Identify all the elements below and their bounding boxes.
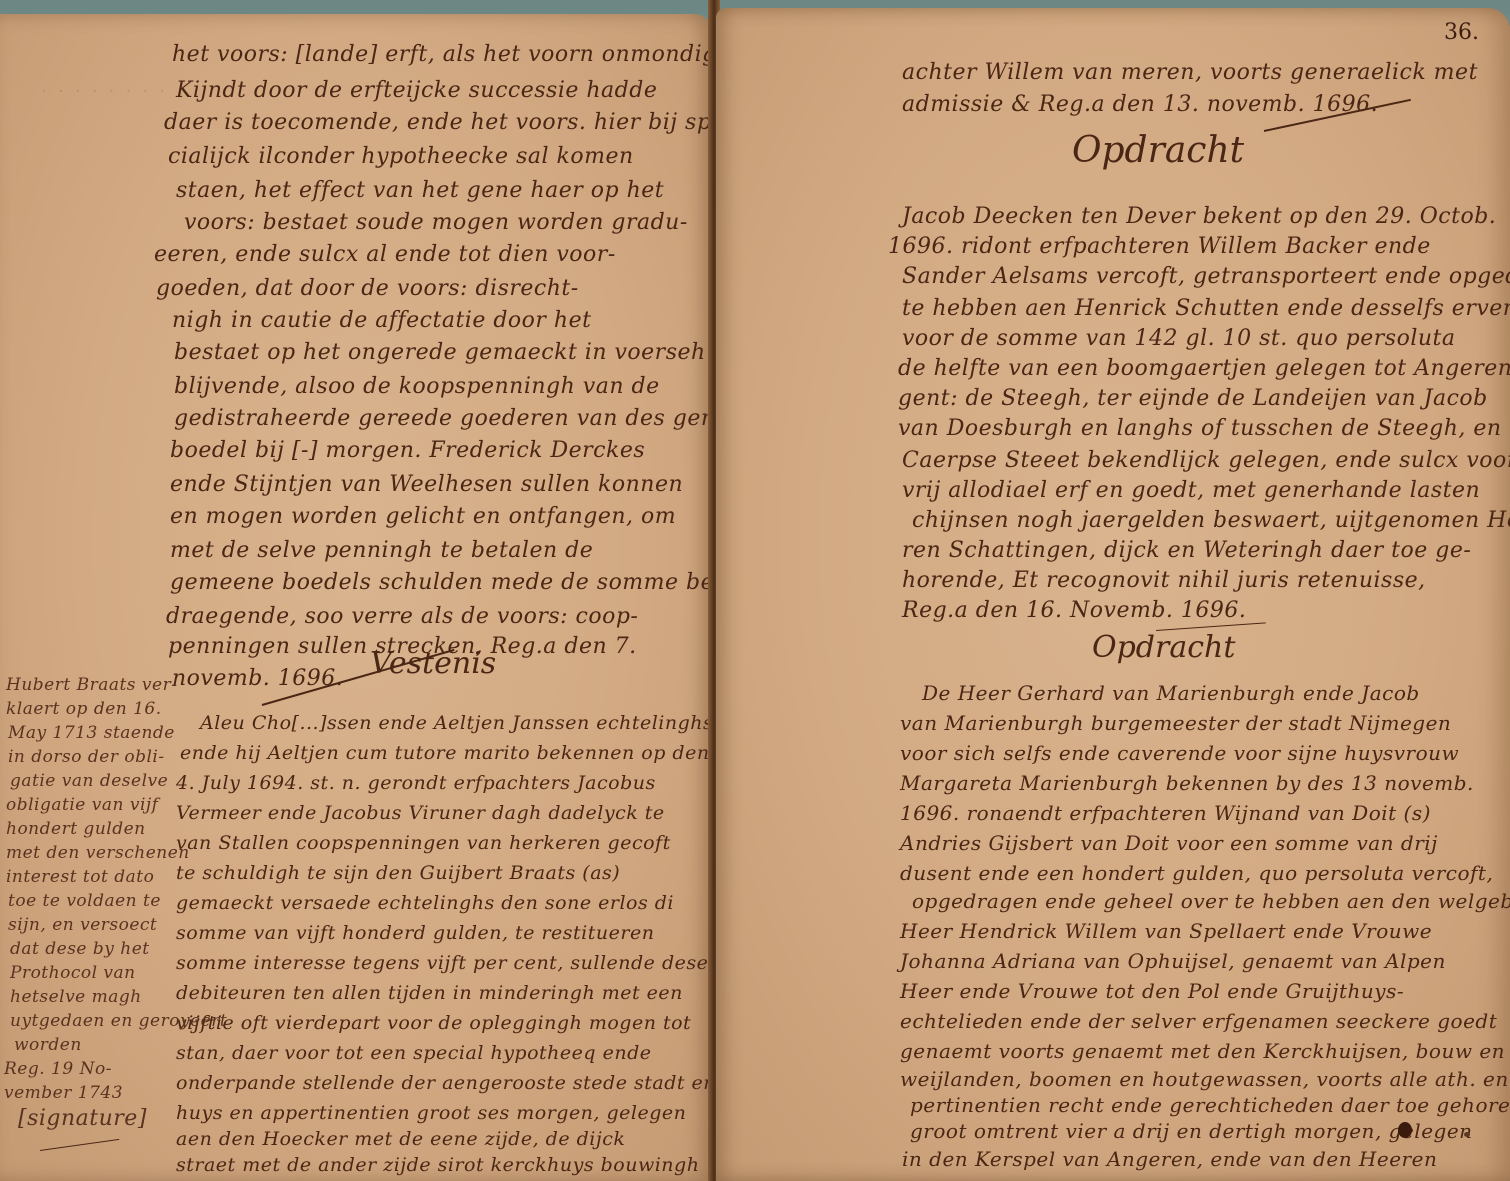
margin-note-line: gatie van deselve <box>10 770 168 792</box>
margin-note-line: in dorso der obli- <box>8 746 165 768</box>
text-line-date: Reg.a den 16. Novemb. 1696. <box>902 598 1246 624</box>
margin-note-line: hondert gulden <box>6 818 146 840</box>
margin-note-line: hetselve magh <box>10 986 142 1008</box>
text-line: straet met de ander zijde sirot kerckhuy… <box>176 1152 699 1178</box>
text-line: admissie & Reg.a den 13. novemb. 1696. <box>902 92 1378 118</box>
text-line: aen den Hoecker met de eene zijde, de di… <box>176 1126 625 1152</box>
left-page: · · · · · · · · het voors: [lande] erft,… <box>0 14 712 1181</box>
text-line: Heer Hendrick Willem van Spellaert ende … <box>900 918 1432 944</box>
text-line: met de selve penningh te betalen de <box>170 538 593 564</box>
text-line: gemaeckt versaede echtelinghs den sone e… <box>176 890 674 916</box>
text-line: van Marienburgh burgemeester der stadt N… <box>900 710 1451 736</box>
text-line: vrij allodiael erf en goedt, met generha… <box>902 478 1480 504</box>
text-line: ende Stijntjen van Weelhesen sullen konn… <box>170 472 683 498</box>
text-line: van Stallen coopspenningen van herkeren … <box>176 830 671 856</box>
text-line: nigh in cautie de affectatie door het <box>172 308 591 334</box>
text-line: 1696. ronaendt erfpachteren Wijnand van … <box>900 800 1431 826</box>
margin-note-line: dat dese by het <box>10 938 150 960</box>
text-line: voors: bestaet soude mogen worden gradu- <box>184 210 688 236</box>
text-line: te hebben aen Henrick Schutten ende dess… <box>902 296 1510 322</box>
text-line: stan, daer voor tot een special hypothee… <box>176 1040 651 1066</box>
text-line: Heer ende Vrouwe tot den Pol ende Gruijt… <box>900 978 1404 1004</box>
text-line: ende hij Aeltjen cum tutore marito beken… <box>180 740 710 766</box>
page-number: 36. <box>1444 20 1479 45</box>
text-line: huys en appertinentien groot ses morgen,… <box>176 1100 686 1126</box>
text-line: de helfte van een boomgaertjen gelegen t… <box>898 356 1510 382</box>
text-line: Sander Aelsams vercoft, getransporteert … <box>902 264 1510 290</box>
margin-note-line: sijn, en versoect <box>8 914 157 936</box>
text-line: van Doesburgh en langhs of tusschen de S… <box>898 416 1502 442</box>
ink-blot <box>1398 1122 1412 1138</box>
margin-note-line: Reg. 19 No- <box>4 1058 112 1080</box>
text-line: genaemt voorts genaemt met den Kerckhuij… <box>900 1038 1505 1064</box>
text-line: gemeene boedels schulden mede de somme b… <box>170 570 722 596</box>
section-heading-opdracht-1: Opdracht <box>1072 130 1244 171</box>
ink-spot <box>1464 1132 1470 1137</box>
margin-signature: [signature] <box>18 1108 147 1130</box>
margin-note-line: Prothocol van <box>10 962 136 984</box>
text-line: weijlanden, boomen en houtgewassen, voor… <box>900 1066 1509 1092</box>
section-heading-vestenis: Vestenis <box>370 646 496 681</box>
text-line: somme interesse tegens vijft per cent, s… <box>176 950 738 976</box>
text-line: chijnsen nogh jaergelden beswaert, uijtg… <box>912 508 1510 534</box>
section-heading-opdracht-2: Opdracht <box>1092 630 1235 665</box>
margin-note-line: uytgedaen en geroyeert <box>10 1010 227 1032</box>
text-line: horende, Et recognovit nihil juris reten… <box>902 568 1426 594</box>
text-line: Johanna Adriana van Ophuijsel, genaemt v… <box>900 948 1446 974</box>
open-register-book: · · · · · · · · het voors: [lande] erft,… <box>0 0 1510 1181</box>
margin-note-line: vember 1743 <box>4 1082 123 1104</box>
text-line: 1696. ridont erfpachteren Willem Backer … <box>888 234 1431 260</box>
text-line: staen, het effect van het gene haer op h… <box>176 178 664 204</box>
bleed-through-text: · · · · · · · · <box>40 84 166 100</box>
text-line: het voors: [lande] erft, als het voorn o… <box>172 42 717 68</box>
text-line: boedel bij [-] morgen. Frederick Derckes <box>170 438 645 464</box>
text-line: gedistraheerde gereede goederen van des … <box>174 406 763 432</box>
text-line: Vermeer ende Jacobus Viruner dagh dadely… <box>176 800 665 826</box>
text-line: debiteuren ten allen tijden in mindering… <box>176 980 683 1006</box>
text-line: daer is toecomende, ende het voors. hier… <box>164 110 733 136</box>
text-line: vijftie oft vierdepart voor de oplegging… <box>176 1010 691 1036</box>
margin-note-line: obligatie van vijf <box>6 794 158 816</box>
text-line: in den Kerspel van Angeren, ende van den… <box>902 1146 1437 1172</box>
text-line: Kijndt door de erfteijcke successie hadd… <box>176 78 657 104</box>
text-line: Jacob Deecken ten Dever bekent op den 29… <box>902 204 1496 230</box>
text-line: eeren, ende sulcx al ende tot dien voor- <box>154 242 616 268</box>
text-line: blijvende, alsoo de koopspenningh van de <box>174 374 660 400</box>
margin-note-line: met den verschenen <box>6 842 190 864</box>
margin-note-line: klaert op den 16. <box>6 698 162 720</box>
text-line: Andries Gijsbert van Doit voor een somme… <box>900 830 1438 856</box>
text-line: groot omtrent vier a drij en dertigh mor… <box>910 1118 1473 1144</box>
text-line: opgedragen ende geheel over te hebben ae… <box>912 888 1510 914</box>
text-line: Margareta Marienburgh bekennen by des 13… <box>900 770 1474 796</box>
text-line: draegende, soo verre als de voors: coop- <box>166 604 638 630</box>
text-line: bestaet op het ongerede gemaeckt in voer… <box>174 340 706 366</box>
text-line: pertinentien recht ende gerechticheden d… <box>910 1092 1510 1118</box>
right-page: 36. achter Willem van meren, voorts gene… <box>716 8 1510 1181</box>
text-line: 4. July 1694. st. n. gerondt erfpachters… <box>176 770 656 796</box>
text-line: somme van vijft honderd gulden, te resti… <box>176 920 654 946</box>
signature-flourish <box>40 1139 119 1151</box>
text-line: en mogen worden gelicht en ontfangen, om <box>170 504 676 530</box>
text-line: achter Willem van meren, voorts generael… <box>902 60 1478 86</box>
margin-note-line: worden <box>14 1034 82 1056</box>
text-line: cialijck ilconder hypotheecke sal komen <box>168 144 634 170</box>
text-line: voor de somme van 142 gl. 10 st. quo per… <box>902 326 1456 352</box>
margin-note-line: interest tot dato <box>6 866 154 888</box>
text-line: echtelieden ende der selver erfgenamen s… <box>900 1008 1497 1034</box>
text-line: Aleu Cho[...]ssen ende Aeltjen Janssen e… <box>200 710 713 736</box>
text-line: ren Schattingen, dijck en Weteringh daer… <box>902 538 1471 564</box>
text-line: te schuldigh te sijn den Guijbert Braats… <box>176 860 620 886</box>
text-line: voor sich selfs ende caverende voor sijn… <box>900 740 1459 766</box>
text-line: onderpande stellende der aengerooste ste… <box>176 1070 716 1096</box>
text-line: gent: de Steegh, ter eijnde de Landeijen… <box>898 386 1488 412</box>
text-line: De Heer Gerhard van Marienburgh ende Jac… <box>922 680 1420 706</box>
margin-note-line: May 1713 staende <box>8 722 175 744</box>
text-line: Caerpse Steeet bekendlijck gelegen, ende… <box>902 448 1510 474</box>
margin-note-line: Hubert Braats ver- <box>6 674 177 696</box>
margin-note-line: toe te voldaen te <box>8 890 161 912</box>
text-line: dusent ende een hondert gulden, quo pers… <box>900 860 1493 886</box>
text-line: goeden, dat door de voors: disrecht- <box>156 276 579 302</box>
